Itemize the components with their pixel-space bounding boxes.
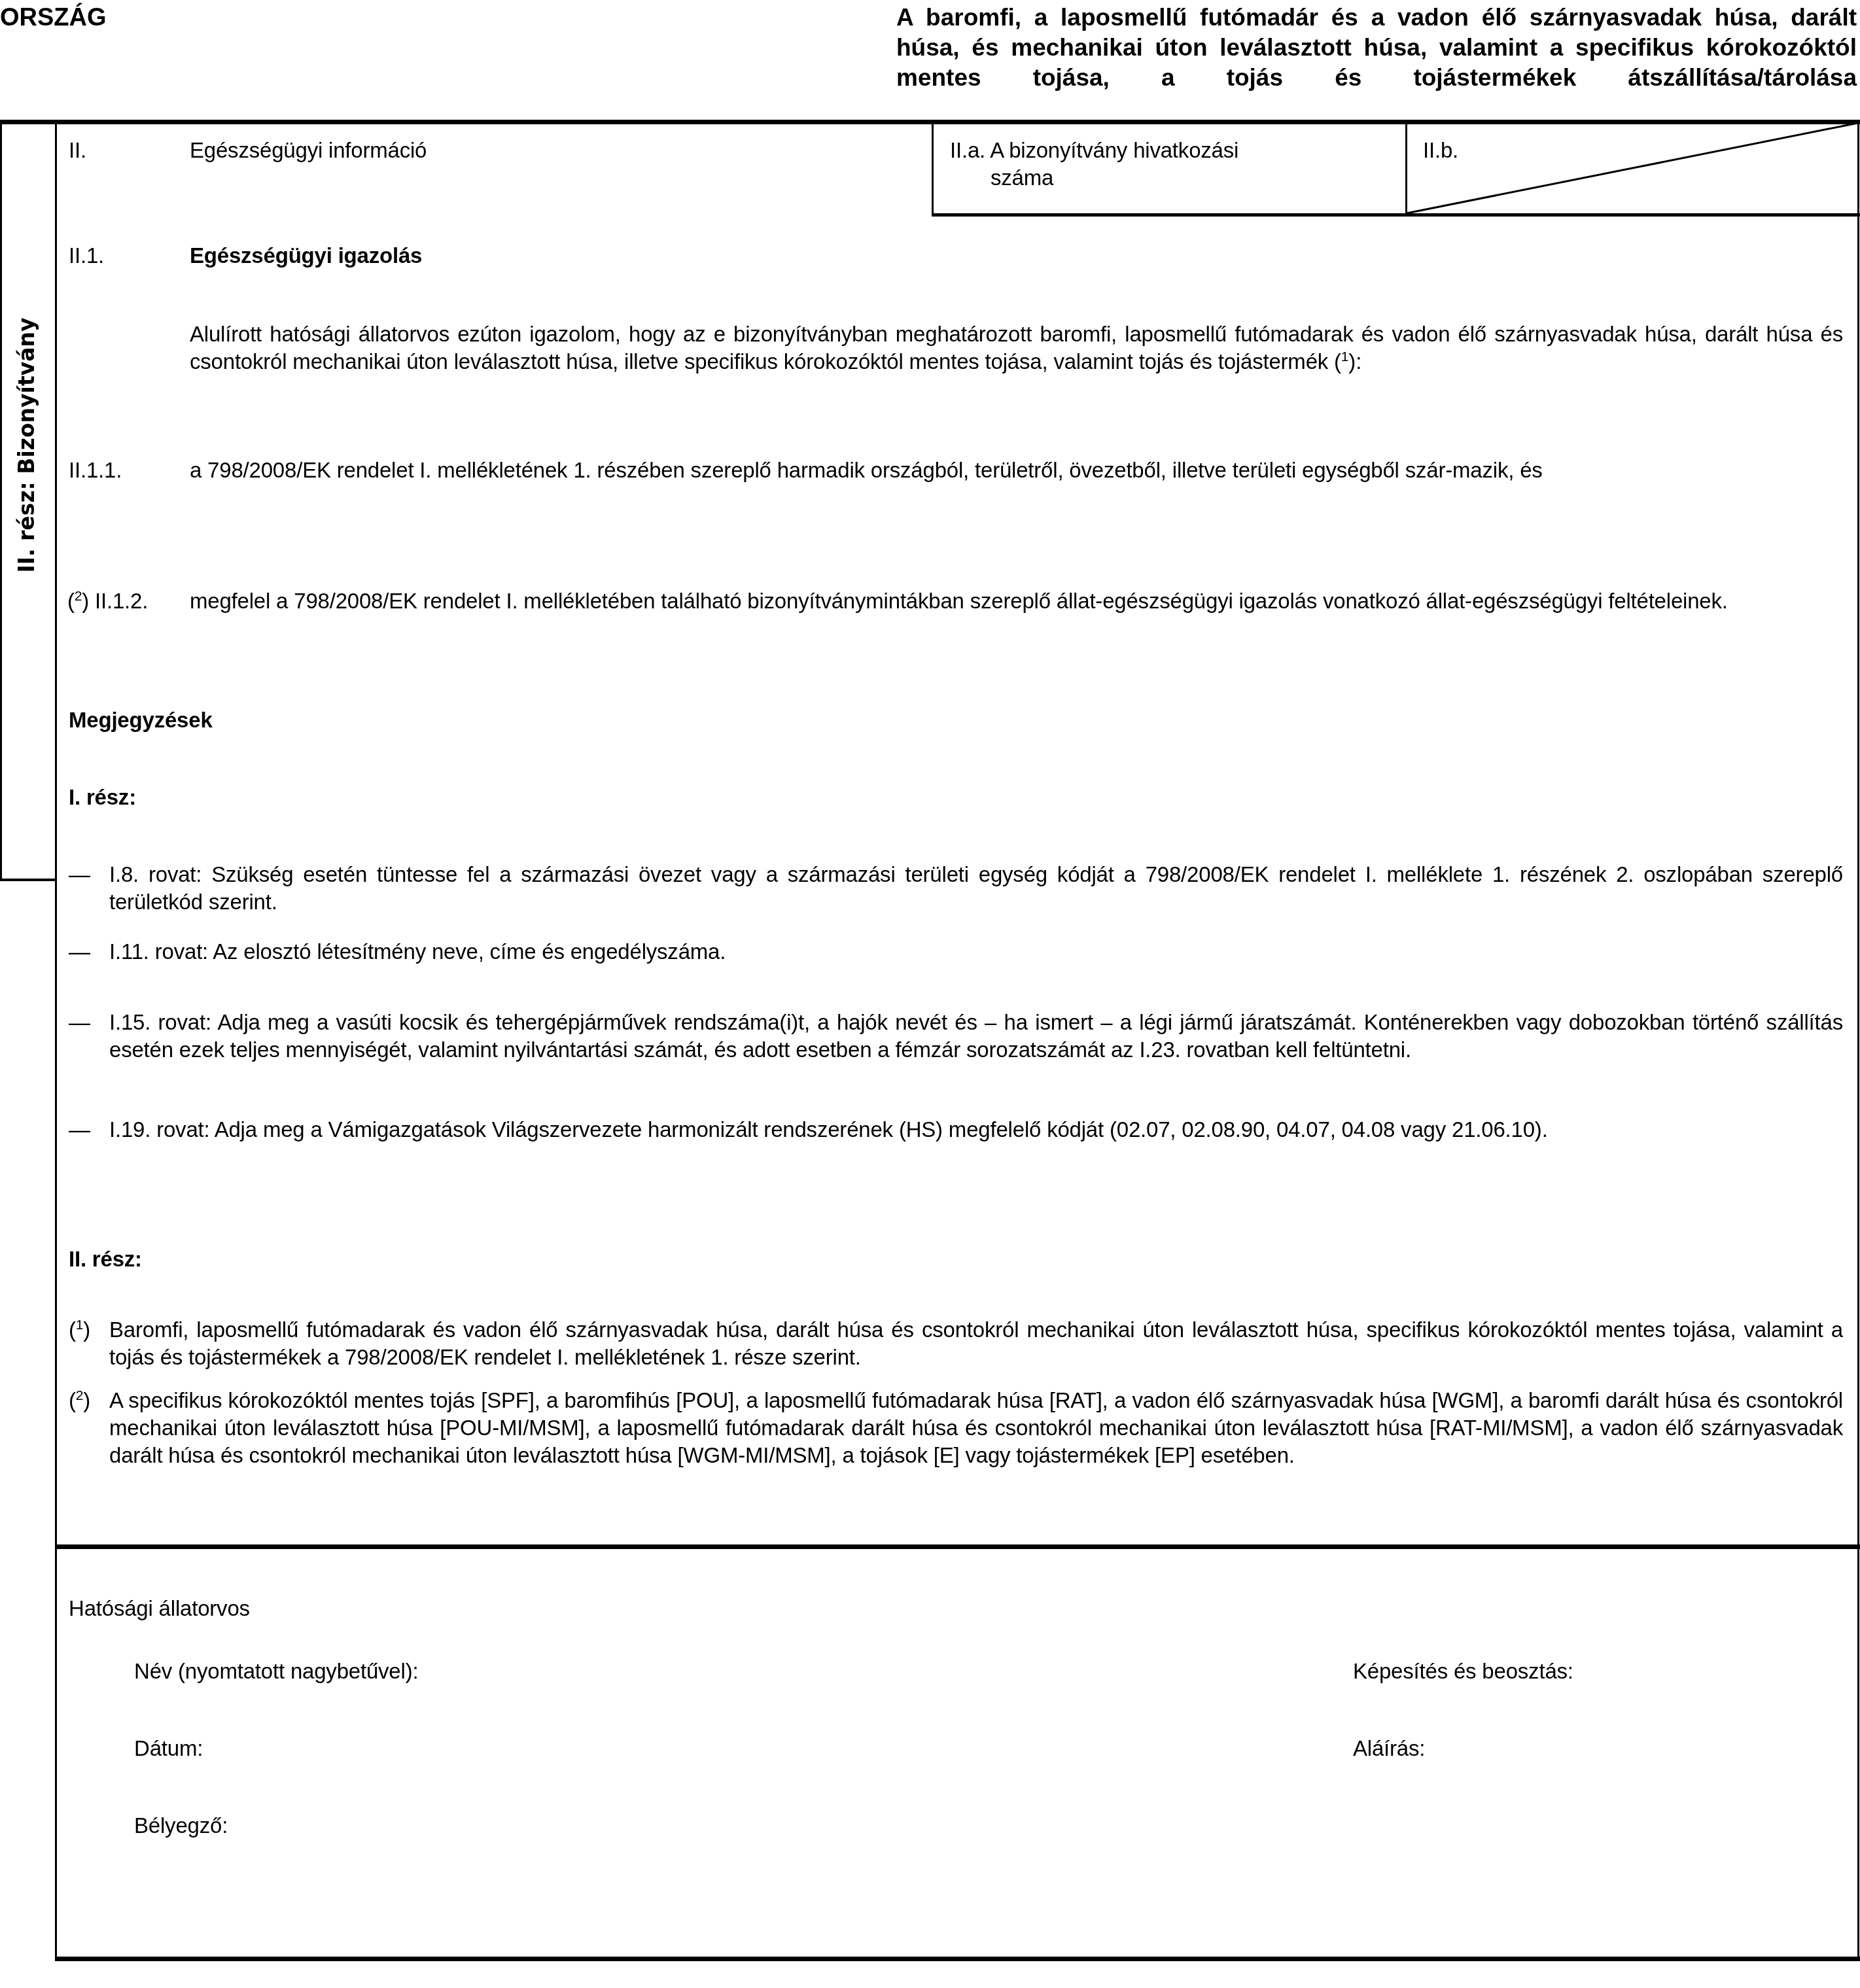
dash-bullet-icon: — xyxy=(69,1116,108,1143)
info-section-number: II. xyxy=(69,137,86,164)
ref-cell-left-border xyxy=(932,120,934,215)
attestation-title: Egészségügyi igazolás xyxy=(190,242,422,270)
note-item: — I.11. rovat: Az elosztó létesítmény ne… xyxy=(69,938,1843,966)
date-field-label: Dátum: xyxy=(134,1735,203,1762)
iib-label: II.b. xyxy=(1423,137,1458,164)
dash-bullet-icon: — xyxy=(69,938,108,966)
item-II-1-2-number: (2) II.1.2. xyxy=(67,587,148,615)
attestation-intro: Alulírott hatósági állatorvos ezúton iga… xyxy=(190,321,1843,375)
info-section-label: Egészségügyi információ xyxy=(190,137,427,164)
item-II-1-2-text: megfelel a 798/2008/EK rendelet I. mellé… xyxy=(190,587,1843,615)
right-border xyxy=(1857,120,1859,1958)
country-label: ORSZÁG xyxy=(0,4,107,32)
notes-part2-title: II. rész: xyxy=(69,1246,142,1273)
side-panel-bottom-border xyxy=(0,879,56,881)
signature-field-label: Aláírás: xyxy=(1353,1735,1425,1762)
footnote-item: (1) Baromfi, laposmellű futómadarak és v… xyxy=(69,1316,1843,1371)
item-II-1-1-number: II.1.1. xyxy=(69,457,122,484)
footnote-marker: (2) xyxy=(69,1387,90,1414)
iib-diagonal-strike xyxy=(1405,122,1859,215)
attestation-number: II.1. xyxy=(69,242,104,270)
signature-title: Hatósági állatorvos xyxy=(69,1595,250,1622)
note-item: — I.19. rovat: Adja meg a Vámigazgatások… xyxy=(69,1116,1843,1143)
content-left-border xyxy=(55,120,57,1958)
footnote-item: (2) A specifikus kórokozóktól mentes toj… xyxy=(69,1387,1843,1469)
item-II-1-1-text: a 798/2008/EK rendelet I. mellékletének … xyxy=(190,457,1843,484)
dash-bullet-icon: — xyxy=(69,1009,108,1036)
side-label: II. rész: Bizonyítvány xyxy=(0,216,52,674)
ref-number-label: II.a. A bizonyítvány hivatkozási száma xyxy=(950,137,1238,192)
dash-bullet-icon: — xyxy=(69,861,108,888)
note-item: — I.8. rovat: Szükség esetén tüntesse fe… xyxy=(69,861,1843,916)
bottom-border xyxy=(55,1957,1860,1961)
name-field-label: Név (nyomtatott nagybetűvel): xyxy=(134,1658,418,1685)
certificate-title: A baromfi, a laposmellű futómadár és a v… xyxy=(896,3,1857,93)
qualification-field-label: Képesítés és beosztás: xyxy=(1353,1658,1573,1685)
signature-top-border xyxy=(55,1544,1860,1549)
footnote-marker: (1) xyxy=(69,1316,90,1344)
notes-title: Megjegyzések xyxy=(69,706,213,734)
notes-part1-title: I. rész: xyxy=(69,784,136,811)
note-item: — I.15. rovat: Adja meg a vasúti kocsik … xyxy=(69,1009,1843,1064)
stamp-field-label: Bélyegző: xyxy=(134,1812,228,1840)
